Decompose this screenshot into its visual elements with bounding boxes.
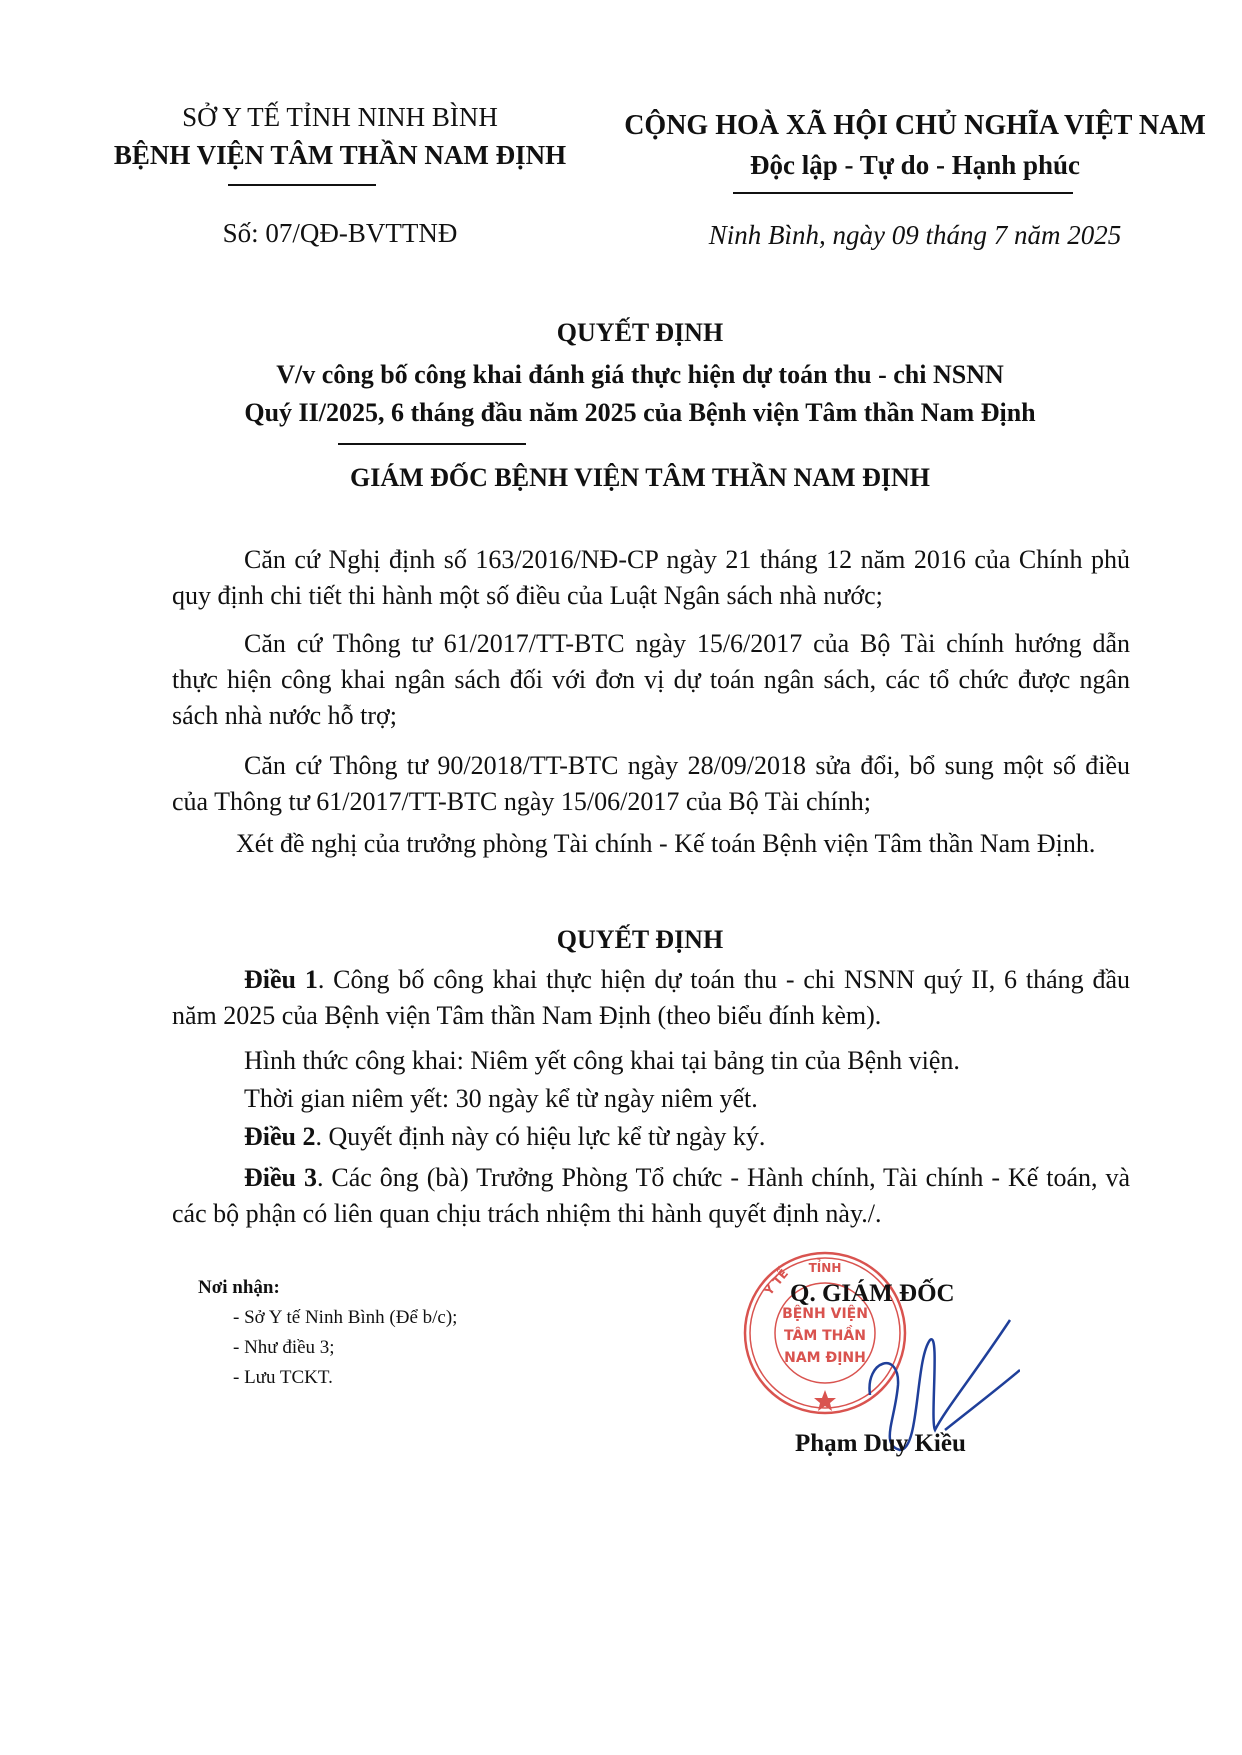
organization-name: BỆNH VIỆN TÂM THẦN NAM ĐỊNH <box>95 140 585 171</box>
preamble-text: Căn cứ Nghị định số 163/2016/NĐ-CP ngày … <box>172 545 1130 610</box>
publication-form: Hình thức công khai: Niêm yết công khai … <box>244 1046 960 1076</box>
preamble-paragraph: Xét đề nghị của trưởng phòng Tài chính -… <box>172 826 1130 862</box>
recipient-item: - Sở Y tế Ninh Bình (Để b/c); <box>233 1307 457 1329</box>
preamble-text: Xét đề nghị của trưởng phòng Tài chính -… <box>236 829 1095 858</box>
article-1: Điều 1. Công bố công khai thực hiện dự t… <box>172 962 1130 1034</box>
preamble-paragraph: Căn cứ Thông tư 90/2018/TT-BTC ngày 28/0… <box>172 748 1130 820</box>
department-name: SỞ Y TẾ TỈNH NINH BÌNH <box>100 102 580 133</box>
svg-text:NAM ĐỊNH: NAM ĐỊNH <box>784 1350 866 1366</box>
national-motto: Độc lập - Tự do - Hạnh phúc <box>620 150 1210 181</box>
recipient-item: - Lưu TCKT. <box>233 1367 333 1389</box>
subject-line-2: Quý II/2025, 6 tháng đầu năm 2025 của Bệ… <box>150 398 1130 428</box>
article-2: Điều 2. Quyết định này có hiệu lực kể từ… <box>244 1122 765 1152</box>
header-left-divider <box>228 184 376 186</box>
publication-duration: Thời gian niêm yết: 30 ngày kể từ ngày n… <box>244 1084 758 1114</box>
title-divider <box>338 443 526 445</box>
header-right-divider <box>733 192 1073 194</box>
preamble-paragraph: Căn cứ Thông tư 61/2017/TT-BTC ngày 15/6… <box>172 626 1130 734</box>
recipients-title: Nơi nhận: <box>198 1277 280 1299</box>
document-number: Số: 07/QĐ-BVTTNĐ <box>100 218 580 249</box>
preamble-text: Căn cứ Thông tư 90/2018/TT-BTC ngày 28/0… <box>172 751 1130 816</box>
article-2-label: Điều 2 <box>244 1122 316 1151</box>
preamble-text: Căn cứ Thông tư 61/2017/TT-BTC ngày 15/6… <box>172 629 1130 730</box>
recipient-item: - Như điều 3; <box>233 1337 335 1359</box>
svg-text:TÂM THẦN: TÂM THẦN <box>784 1325 866 1344</box>
article-3: Điều 3. Các ông (bà) Trưởng Phòng Tổ chứ… <box>172 1160 1130 1232</box>
svg-text:TỈNH: TỈNH <box>809 1259 842 1275</box>
article-2-text: . Quyết định này có hiệu lực kể từ ngày … <box>316 1122 766 1151</box>
preamble-paragraph: Căn cứ Nghị định số 163/2016/NĐ-CP ngày … <box>172 542 1130 614</box>
article-1-label: Điều 1 <box>244 965 318 994</box>
country-name: CỘNG HOÀ XÃ HỘI CHỦ NGHĨA VIỆT NAM <box>620 110 1210 142</box>
subject-line-1: V/v công bố công khai đánh giá thực hiện… <box>150 360 1130 390</box>
place-date: Ninh Bình, ngày 09 tháng 7 năm 2025 <box>620 220 1210 251</box>
document-title: QUYẾT ĐỊNH <box>150 318 1130 348</box>
article-3-label: Điều 3 <box>244 1163 317 1192</box>
signatory-name: Phạm Duy Kiều <box>795 1430 966 1458</box>
decision-heading: QUYẾT ĐỊNH <box>150 925 1130 955</box>
issuing-authority: GIÁM ĐỐC BỆNH VIỆN TÂM THẦN NAM ĐỊNH <box>150 463 1130 493</box>
